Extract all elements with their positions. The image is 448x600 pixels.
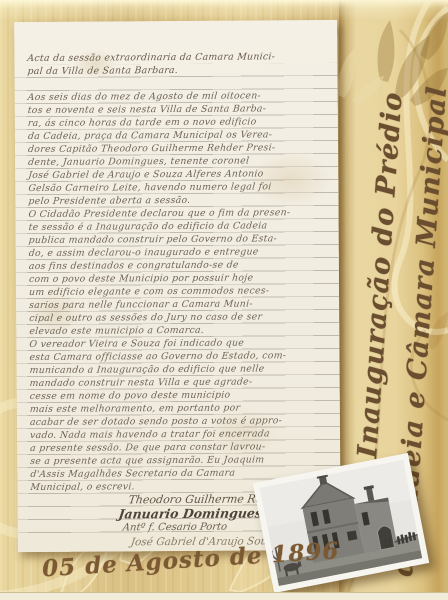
page-bottom-edge xyxy=(0,592,448,600)
manuscript-page: Acta da sessão extraordinaria da Camara … xyxy=(14,20,341,552)
page: Ata da Inauguração do Prédio da Cadeia e… xyxy=(0,0,448,600)
manuscript-heading-line: pal da Villa de Santa Barbara. xyxy=(27,63,336,78)
